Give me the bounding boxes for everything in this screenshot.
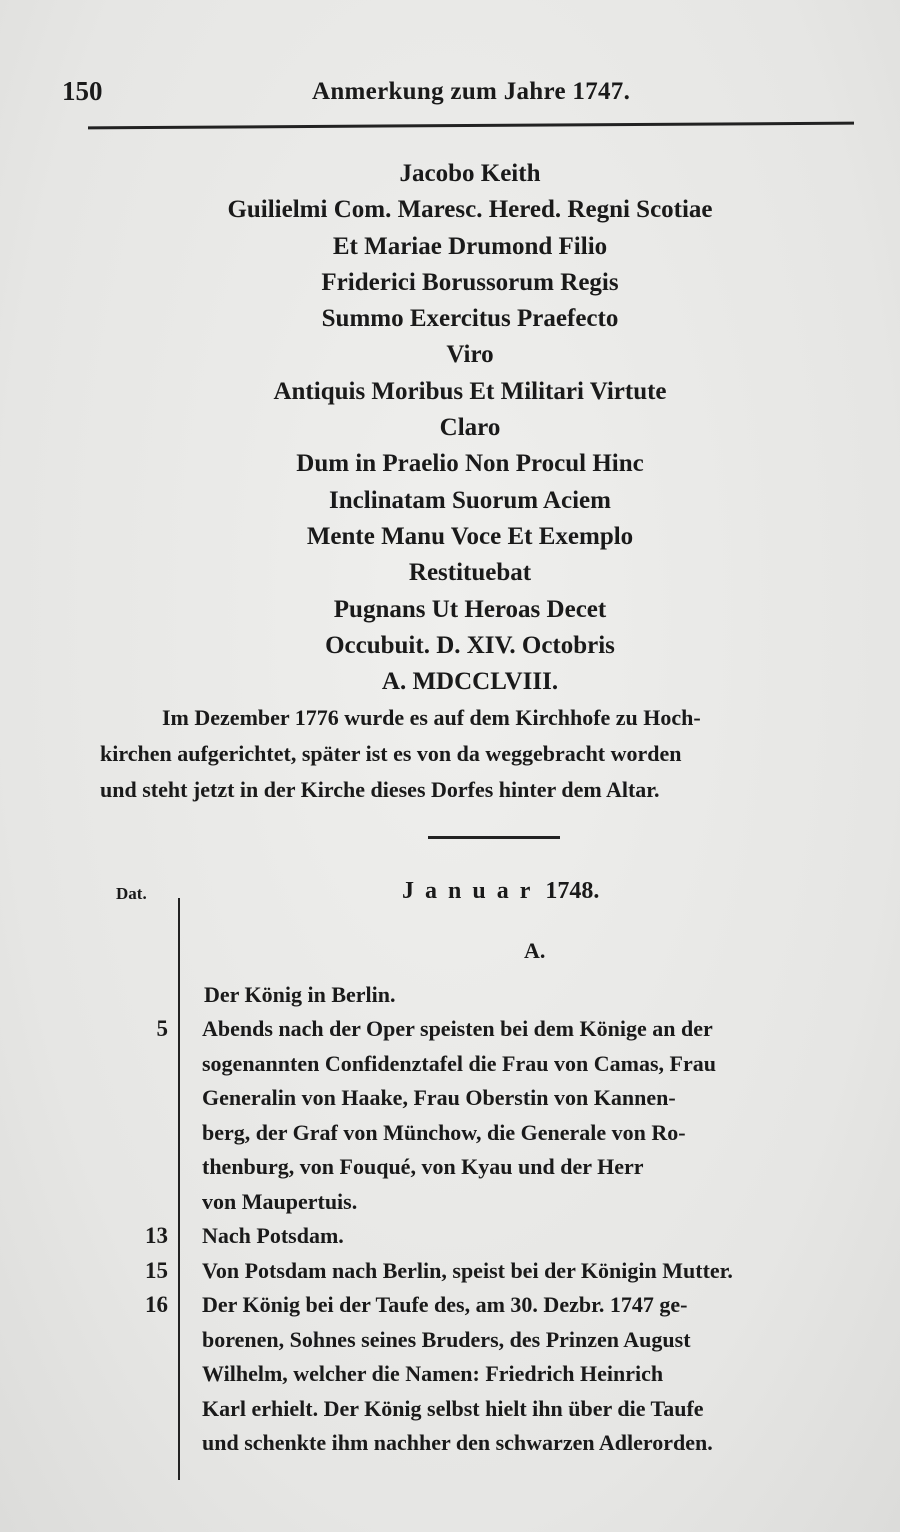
entry-day: 13	[110, 1219, 168, 1254]
latin-inscription: Jacobo Keith Guilielmi Com. Maresc. Here…	[140, 156, 800, 700]
entry-line: Generalin von Haake, Frau Oberstin von K…	[202, 1081, 882, 1116]
inscription-line: Et Mariae Drumond Filio	[140, 229, 800, 265]
entry-day: 5	[110, 1012, 168, 1047]
month-name: Januar	[402, 878, 541, 904]
inscription-line: Antiquis Moribus Et Militari Virtute	[140, 374, 800, 410]
note-line: Im Dezember 1776 wurde es auf dem Kirchh…	[100, 700, 852, 736]
book-page: 150 Anmerkung zum Jahre 1747. Jacobo Kei…	[0, 0, 900, 1532]
inscription-line: Occubuit. D. XIV. Octobris	[140, 628, 800, 664]
location-line: Der König in Berlin.	[204, 982, 396, 1008]
entry-line: und schenkte ihm nachher den schwarzen A…	[202, 1426, 882, 1461]
entry-line: Von Potsdam nach Berlin, speist bei der …	[202, 1254, 882, 1289]
entry-line: Abends nach der Oper speisten bei dem Kö…	[202, 1012, 882, 1047]
running-title: Anmerkung zum Jahre 1747.	[312, 78, 630, 106]
entry-line: Der König bei der Taufe des, am 30. Dezb…	[202, 1288, 882, 1323]
inscription-line: Jacobo Keith	[140, 156, 800, 192]
inscription-line: Dum in Praelio Non Procul Hinc	[140, 446, 800, 482]
entry-line: Nach Potsdam.	[202, 1219, 882, 1254]
inscription-line: Friderici Borussorum Regis	[140, 265, 800, 301]
diary-entry: 16 Der König bei der Taufe des, am 30. D…	[110, 1288, 882, 1461]
inscription-line: Viro	[140, 337, 800, 373]
entry-day: 15	[110, 1254, 168, 1289]
note-line: und steht jetzt in der Kirche dieses Dor…	[100, 772, 852, 808]
inscription-line: Restituebat	[140, 555, 800, 591]
inscription-line: Inclinatam Suorum Aciem	[140, 483, 800, 519]
diary-entry: 5 Abends nach der Oper speisten bei dem …	[110, 1012, 882, 1219]
note-line: kirchen aufgerichtet, später ist es von …	[100, 736, 852, 772]
entry-day: 16	[110, 1288, 168, 1323]
inscription-line: Mente Manu Voce Et Exemplo	[140, 519, 800, 555]
running-head: 150 Anmerkung zum Jahre 1747.	[62, 76, 852, 116]
inscription-line: A. MDCCLVIII.	[140, 664, 800, 700]
entry-text: Der König bei der Taufe des, am 30. Dezb…	[202, 1288, 882, 1461]
entry-line: berg, der Graf von Münchow, die Generale…	[202, 1116, 882, 1151]
month-year: 1748.	[545, 878, 599, 904]
entry-text: Abends nach der Oper speisten bei dem Kö…	[202, 1012, 882, 1219]
entry-line: von Maupertuis.	[202, 1185, 882, 1220]
entry-line: thenburg, von Fouqué, von Kyau und der H…	[202, 1150, 882, 1185]
inscription-line: Pugnans Ut Heroas Decet	[140, 592, 800, 628]
entry-text: Nach Potsdam.	[202, 1219, 882, 1254]
entry-line: Wilhelm, welcher die Namen: Friedrich He…	[202, 1357, 882, 1392]
page-number: 150	[62, 76, 103, 107]
entry-line: Karl erhielt. Der König selbst hielt ihn…	[202, 1392, 882, 1427]
date-column-label: Dat.	[116, 884, 147, 904]
inscription-line: Claro	[140, 410, 800, 446]
entry-line: sogenannten Confidenztafel die Frau von …	[202, 1047, 882, 1082]
section-letter: A.	[524, 938, 545, 964]
diary-entry: 13 Nach Potsdam.	[110, 1219, 882, 1254]
inscription-line: Summo Exercitus Praefecto	[140, 301, 800, 337]
entry-line: borenen, Sohnes seines Bruders, des Prin…	[202, 1323, 882, 1358]
diary-entry: 15 Von Potsdam nach Berlin, speist bei d…	[110, 1254, 882, 1289]
entry-text: Von Potsdam nach Berlin, speist bei der …	[202, 1254, 882, 1289]
section-divider	[428, 836, 560, 839]
month-heading: Januar1748.	[402, 878, 599, 905]
header-rule	[88, 122, 854, 130]
diary-entries: 5 Abends nach der Oper speisten bei dem …	[110, 1012, 882, 1461]
note-paragraph: Im Dezember 1776 wurde es auf dem Kirchh…	[100, 700, 852, 808]
inscription-line: Guilielmi Com. Maresc. Hered. Regni Scot…	[140, 192, 800, 228]
